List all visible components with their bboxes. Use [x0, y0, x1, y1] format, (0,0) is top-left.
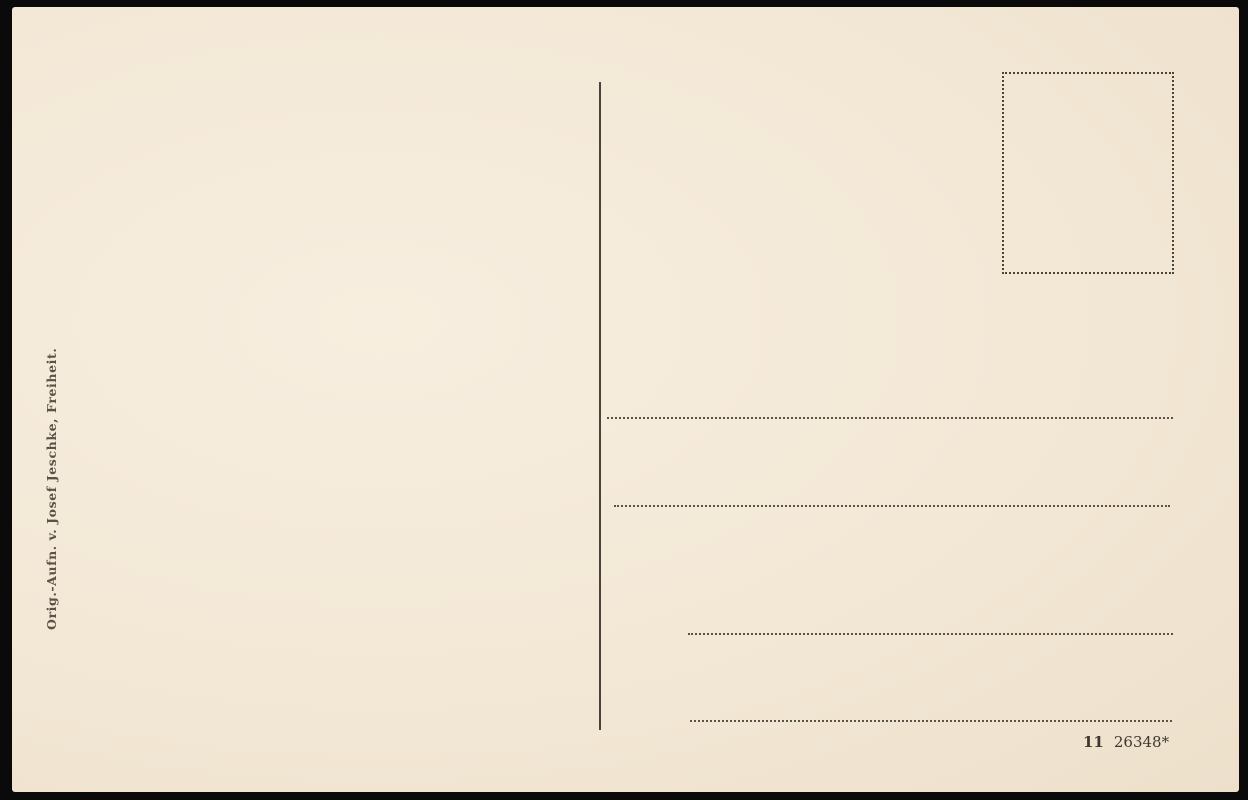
- address-line-4: [690, 720, 1172, 722]
- photographer-credit: Orig.-Aufn. v. Josef Jeschke, Freiheit.: [44, 348, 59, 630]
- serial-prefix: 11: [1083, 733, 1104, 751]
- serial-value: 26348*: [1114, 733, 1169, 751]
- address-line-3: [688, 633, 1173, 635]
- serial-number: 1126348*: [1083, 733, 1169, 751]
- address-line-1: [607, 417, 1173, 419]
- center-divider-line: [599, 82, 601, 730]
- address-line-2: [614, 505, 1170, 507]
- stamp-placeholder-box: [1002, 72, 1174, 274]
